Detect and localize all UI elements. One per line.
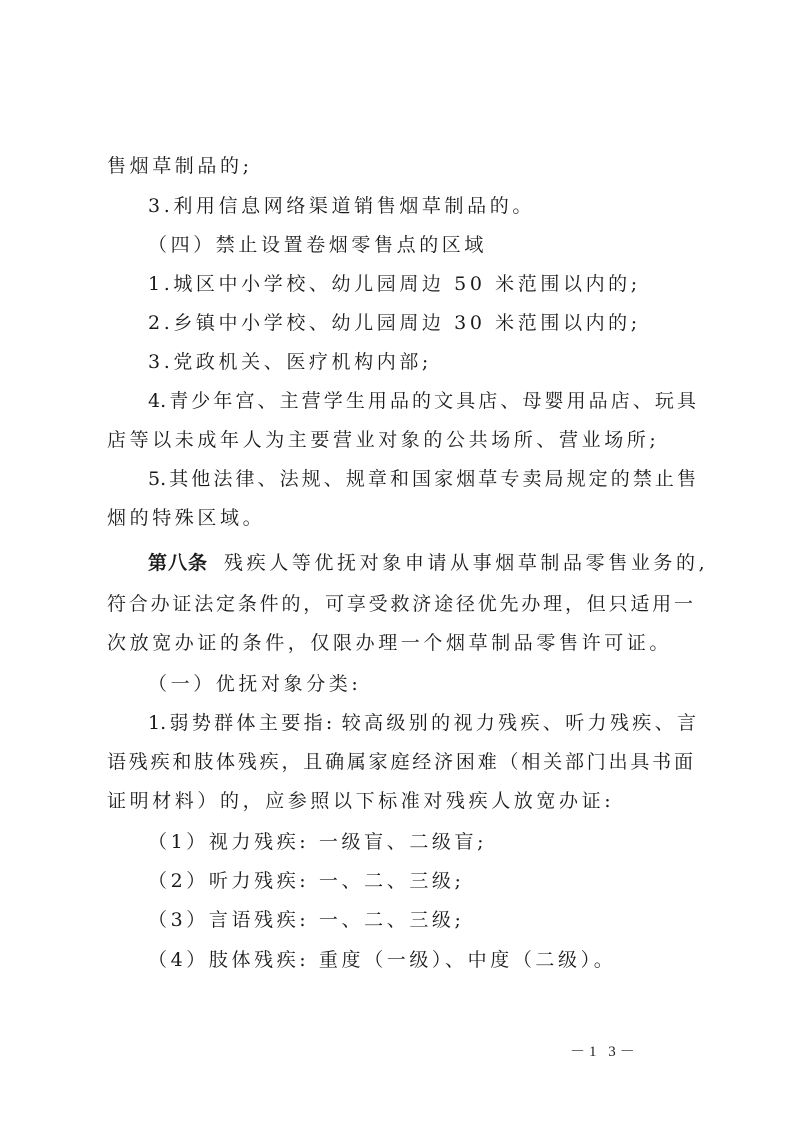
section-heading: （一）优抚对象分类: bbox=[148, 671, 738, 697]
list-item: （2）听力残疾: 一、二、三级; bbox=[148, 868, 738, 894]
text-line: 符合办证法定条件的，可享受救济途径优先办理，但只适用一 bbox=[107, 591, 693, 617]
article-heading: 第八条 bbox=[148, 552, 208, 574]
text-line: 次放宽办证的条件，仅限办理一个烟草制品零售许可证。 bbox=[107, 630, 697, 656]
document-page: 售烟草制品的; 3.利用信息网络渠道销售烟草制品的。 （四）禁止设置卷烟零售点的… bbox=[0, 0, 793, 1122]
section-heading: （四）禁止设置卷烟零售点的区域 bbox=[148, 232, 738, 258]
text-line: 3.利用信息网络渠道销售烟草制品的。 bbox=[148, 193, 738, 219]
article-text: 残疾人等优抚对象申请从事烟草制品零售业务的, bbox=[224, 552, 708, 574]
text-line: 店等以未成年人为主要营业对象的公共场所、营业场所; bbox=[107, 427, 697, 453]
list-item: （1）视力残疾: 一级盲、二级盲; bbox=[148, 829, 738, 855]
list-item: 3.党政机关、医疗机构内部; bbox=[148, 349, 738, 375]
list-item: 4.青少年宫、主营学生用品的文具店、母婴用品店、玩具 bbox=[148, 388, 696, 414]
list-item: 1.弱势群体主要指: 较高级别的视力残疾、听力残疾、言 bbox=[148, 710, 696, 736]
list-item: 5.其他法律、法规、规章和国家烟草专卖局规定的禁止售 bbox=[148, 466, 696, 492]
list-item: 1.城区中小学校、幼儿园周边 50 米范围以内的; bbox=[148, 271, 738, 297]
page-number: －1 3－ bbox=[570, 1040, 639, 1061]
list-item: （3）言语残疾: 一、二、三级; bbox=[148, 907, 738, 933]
text-line: 语残疾和肢体残疾，且确属家庭经济困难（相关部门出具书面 bbox=[107, 749, 693, 775]
text-line: 烟的特殊区域。 bbox=[107, 505, 697, 531]
text-line: 售烟草制品的; bbox=[107, 153, 697, 179]
list-item: （4）肢体残疾: 重度（一级）、中度（二级）。 bbox=[148, 947, 738, 973]
article-line: 第八条残疾人等优抚对象申请从事烟草制品零售业务的, bbox=[148, 550, 738, 576]
list-item: 2.乡镇中小学校、幼儿园周边 30 米范围以内的; bbox=[148, 310, 738, 336]
text-line: 证明材料）的，应参照以下标准对残疾人放宽办证: bbox=[107, 788, 697, 814]
